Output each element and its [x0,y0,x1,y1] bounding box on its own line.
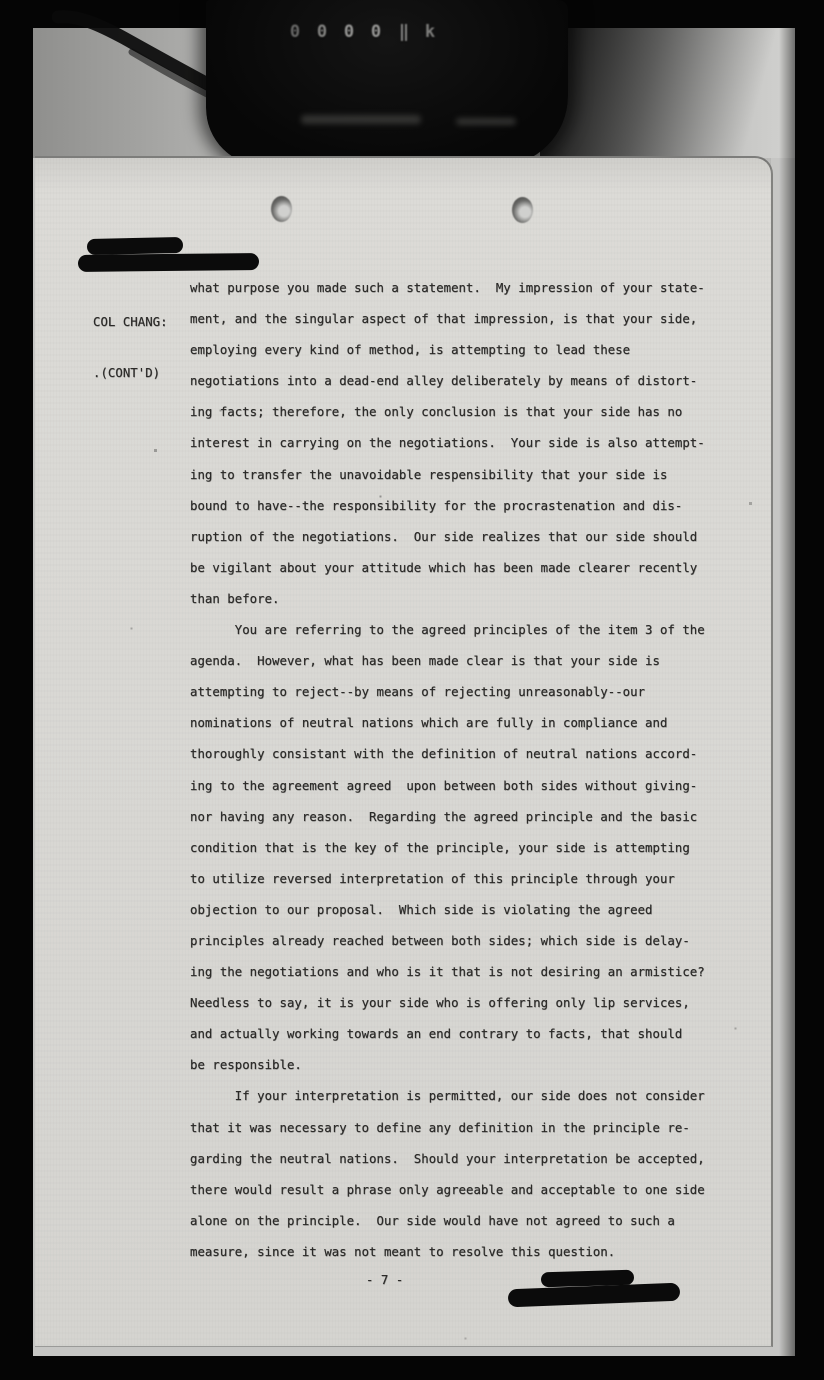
text-line: You are referring to the agreed principl… [190,614,705,645]
text-line: what purpose you made such a statement. … [190,272,705,303]
text-line: nominations of neutral nations which are… [190,707,705,738]
text-line: nor having any reason. Regarding the agr… [190,801,705,832]
text-line: interest in carrying on the negotiations… [190,427,705,458]
punch-hole [512,197,533,223]
text-line: Needless to say, it is your side who is … [190,987,705,1018]
redaction-bar [87,237,183,255]
text-line: ing to the agreement agreed upon between… [190,770,705,801]
text-line: that it was necessary to define any defi… [190,1112,705,1143]
text-line: If your interpretation is permitted, our… [190,1080,705,1111]
right-edge-shade [779,28,797,1356]
speaker-name: COL CHANG: [93,313,168,330]
counter-digit: 0 [367,22,385,42]
text-line: ing facts; therefore, the only conclusio… [190,396,705,427]
text-line: ing the negotiations and who is it that … [190,956,705,987]
text-line: principles already reached between both … [190,925,705,956]
text-line: be responsible. [190,1049,705,1080]
text-line: objection to our proposal. Which side is… [190,894,705,925]
page-number: - 7 - [366,1272,403,1287]
text-line: and actually working towards an end cont… [190,1018,705,1049]
text-line: thoroughly consistant with the definitio… [190,738,705,769]
counter-digit: 0 [313,22,331,42]
text-line: bound to have--the responsibility for th… [190,490,705,521]
dust-specks [35,158,36,159]
text-line: employing every kind of method, is attem… [190,334,705,365]
counter-digit: ‖ [394,22,412,42]
text-line: be vigilant about your attitude which ha… [190,552,705,583]
text-line: alone on the principle. Our side would h… [190,1205,705,1236]
device-cast-shadow [540,28,795,159]
text-line: there would result a phrase only agreeab… [190,1174,705,1205]
microfilm-frame: 0000‖k COL CHANG: .(CONT'D) what purpose… [0,0,824,1380]
punch-hole [271,196,292,222]
text-line: measure, since it was not meant to resol… [190,1236,705,1267]
redaction-bar [78,253,259,272]
body-lines: what purpose you made such a statement. … [190,272,705,1267]
text-line: condition that is the key of the princip… [190,832,705,863]
counter-digits: 0000‖k [286,22,439,42]
text-line: garding the neutral nations. Should your… [190,1143,705,1174]
text-line: attempting to reject--by means of reject… [190,676,705,707]
film-counter-device: 0000‖k [206,0,568,166]
text-line: negotiations into a dead-end alley delib… [190,365,705,396]
device-glint [456,118,516,125]
text-line: ing to transfer the unavoidable respensi… [190,459,705,490]
text-line: ruption of the negotiations. Our side re… [190,521,705,552]
text-line: to utilize reversed interpretation of th… [190,863,705,894]
device-glint [301,115,421,124]
text-line: ment, and the singular aspect of that im… [190,303,705,334]
text-line: than before. [190,583,705,614]
counter-digit: 0 [286,22,304,42]
text-line: agenda. However, what has been made clea… [190,645,705,676]
speaker-label: COL CHANG: .(CONT'D) [93,279,168,415]
counter-digit: k [421,22,439,42]
counter-digit: 0 [340,22,358,42]
speaker-contd: .(CONT'D) [93,364,168,381]
